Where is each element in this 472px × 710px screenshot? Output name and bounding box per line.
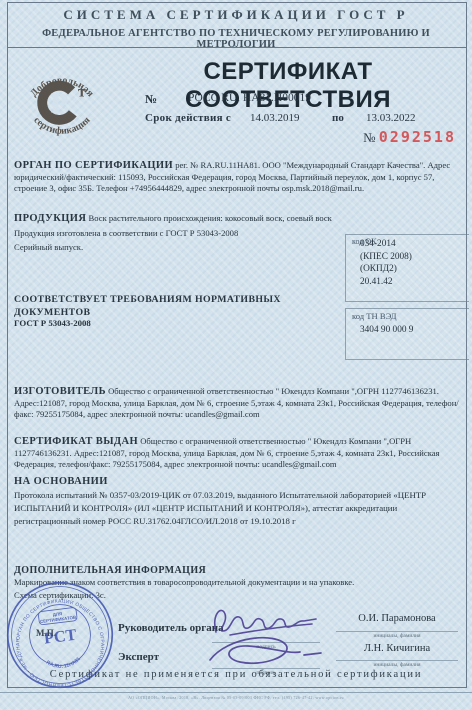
agency-title: ФЕДЕРАЛЬНОЕ АГЕНТСТВО ПО ТЕХНИЧЕСКОМУ РЕ…: [8, 28, 464, 50]
code-tnved-box: код ТН ВЭД 3404 90 000 9: [345, 308, 469, 360]
reg-number-label: №: [145, 92, 157, 107]
validity-po-label: по: [332, 112, 344, 124]
product-label: ПРОДУКЦИЯ: [14, 213, 86, 224]
validity-to-date: 13.03.2022: [366, 112, 416, 124]
section-issued-to: СЕРТИФИКАТ ВЫДАН Общество с ограниченной…: [14, 435, 460, 470]
certificate-page: СИСТЕМА СЕРТИФИКАЦИИ ГОСТ Р ФЕДЕРАЛЬНОЕ …: [0, 0, 472, 710]
expert-name-line: [336, 660, 458, 661]
validity-label: Срок действия с: [145, 112, 231, 124]
code-ok-value-4: 20.41.42: [360, 276, 469, 289]
svg-text:Р: Р: [51, 88, 69, 120]
product-serial-release: Серийный выпуск.: [14, 242, 344, 253]
manufacturer-label: ИЗГОТОВИТЕЛЬ: [14, 386, 106, 397]
code-ok-value-3: (ОКПД2): [360, 263, 469, 276]
section-product: ПРОДУКЦИЯ Воск растительного происхожден…: [14, 212, 344, 253]
head-name-line: [336, 631, 458, 632]
section-certification-body: ОРГАН ПО СЕРТИФИКАЦИИ рег. № RA.RU.11НА8…: [14, 159, 458, 194]
svg-text:т: т: [78, 84, 86, 101]
reg-number-value: РОСС RU. НА81.Н00019: [188, 92, 311, 104]
certification-body-label: ОРГАН ПО СЕРТИФИКАЦИИ: [14, 160, 173, 171]
section-conformity: СООТВЕТСТВУЕТ ТРЕБОВАНИЯМ НОРМАТИВНЫХ ДО…: [14, 294, 344, 329]
product-gost-line: Продукция изготовлена в соответствии с Г…: [14, 228, 344, 239]
expert-name: Л.Н. Кичигина: [334, 643, 460, 654]
expert-signature-ink: [200, 632, 325, 672]
printer-imprint: АО «ОПЦИОН», Москва, 2018, «В». Лицензия…: [8, 695, 464, 700]
code-ok-value-2: (КПЕС 2008): [360, 251, 469, 264]
product-description: Воск растительного происхождения: кокосо…: [86, 213, 331, 223]
code-ok-value-1: 034-2014: [360, 238, 469, 251]
basis-text: Протокола испытаний № 0357-03/2019-ЦИК о…: [14, 489, 456, 527]
blank-serial-number: № 0292518: [300, 128, 456, 146]
footer-divider: [0, 692, 472, 693]
section-manufacturer: ИЗГОТОВИТЕЛЬ Общество с ограниченной отв…: [14, 385, 460, 420]
basis-label: НА ОСНОВАНИИ: [14, 476, 108, 487]
head-name: О.И. Парамонова: [334, 613, 460, 624]
conformity-standard: ГОСТ Р 53043-2008: [14, 318, 344, 329]
serial-digits: 0292518: [379, 128, 456, 146]
head-name-caption: инициалы, фамилия: [336, 633, 458, 639]
code-tnved-label: код ТН ВЭД: [352, 311, 469, 321]
expert-name-caption: инициалы, фамилия: [336, 662, 458, 668]
stamp-place-mark: М.П.: [36, 628, 56, 638]
footer-note: Сертификат не применяется при обязательн…: [8, 669, 464, 680]
system-title: СИСТЕМА СЕРТИФИКАЦИИ ГОСТ Р: [8, 7, 464, 23]
expert-role-label: Эксперт: [118, 651, 159, 663]
certificate-title: СЕРТИФИКАТ СООТВЕТСТВИЯ: [112, 58, 464, 114]
code-tnved-value: 3404 90 000 9: [360, 324, 469, 337]
code-ok-box: код ОК 034-2014 (КПЕС 2008) (ОКПД2) 20.4…: [345, 234, 469, 302]
validity-from-date: 14.03.2019: [250, 112, 300, 124]
serial-no-sign: №: [363, 130, 379, 145]
conformity-label: СООТВЕТСТВУЕТ ТРЕБОВАНИЯМ НОРМАТИВНЫХ ДО…: [14, 294, 344, 319]
rst-voluntary-certification-logo: Добровольная сертификация Р т: [14, 56, 110, 146]
issued-to-label: СЕРТИФИКАТ ВЫДАН: [14, 436, 138, 447]
